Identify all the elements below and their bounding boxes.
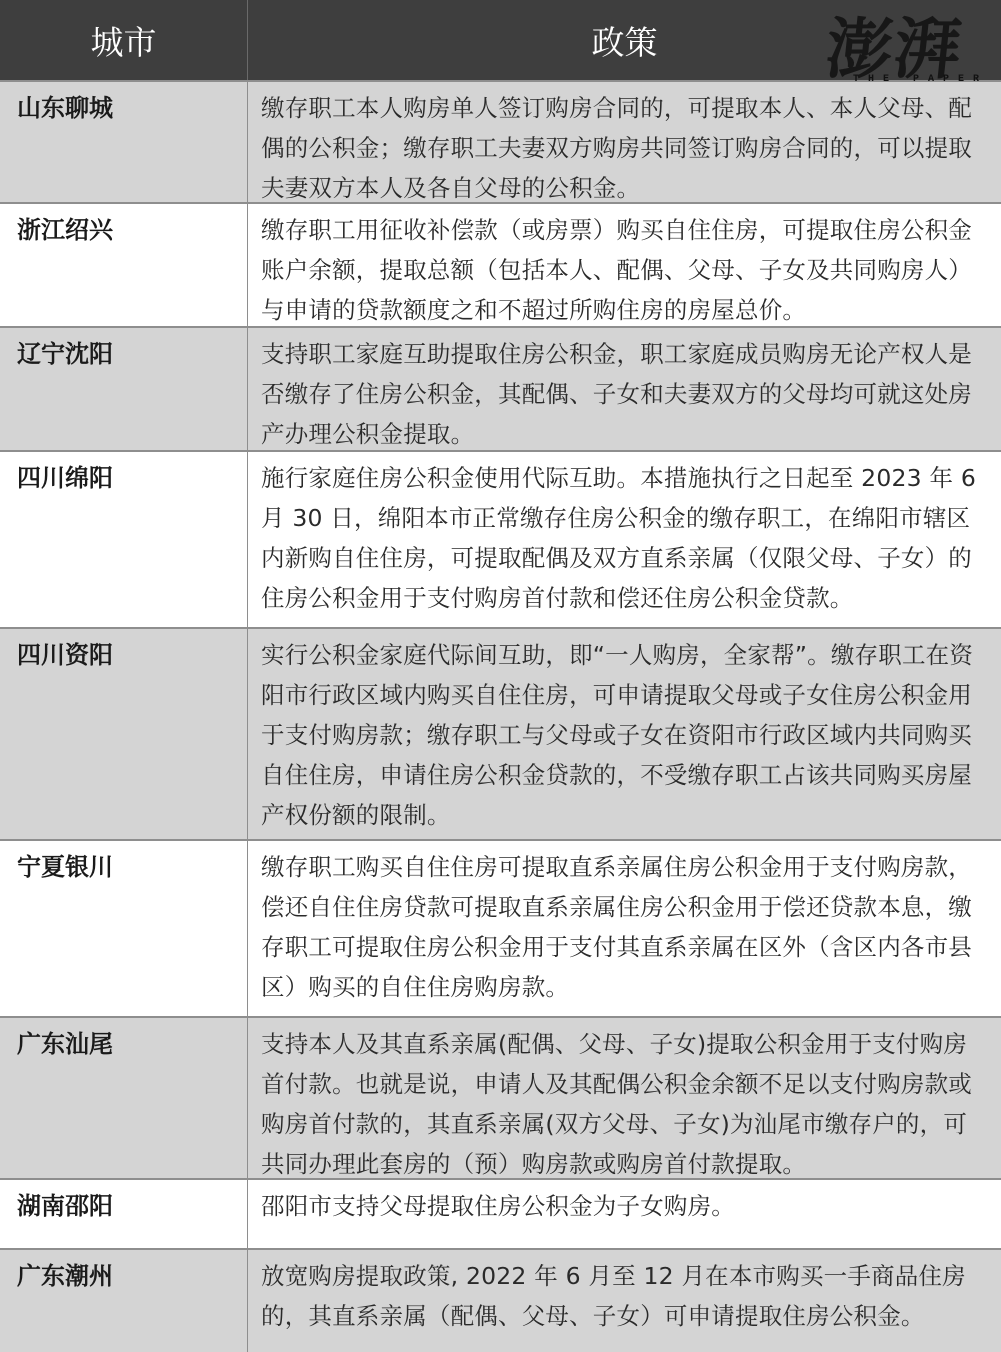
table-row: 四川资阳 实行公积金家庭代际间互助，即“一人购房，全家帮”。缴存职工在资阳市行政… [0, 627, 1001, 839]
city-cell: 辽宁沈阳 [0, 328, 248, 450]
city-cell: 浙江绍兴 [0, 204, 248, 326]
city-cell: 广东汕尾 [0, 1018, 248, 1178]
table-header: 城市 政策 [0, 0, 1001, 80]
table-row: 湖南邵阳 邵阳市支持父母提取住房公积金为子女购房。 [0, 1178, 1001, 1248]
table-row: 四川绵阳 施行家庭住房公积金使用代际互助。本措施执行之日起至 2023 年 6 … [0, 450, 1001, 627]
table-row: 辽宁沈阳 支持职工家庭互助提取住房公积金，职工家庭成员购房无论产权人是否缴存了住… [0, 326, 1001, 450]
policy-cell: 实行公积金家庭代际间互助，即“一人购房，全家帮”。缴存职工在资阳市行政区域内购买… [248, 629, 1001, 839]
header-policy: 政策 [248, 0, 1001, 80]
policy-cell: 支持本人及其直系亲属(配偶、父母、子女)提取公积金用于支付购房首付款。也就是说，… [248, 1018, 1001, 1178]
policy-table: 城市 政策 山东聊城 缴存职工本人购房单人签订购房合同的，可提取本人、本人父母、… [0, 0, 1001, 1352]
policy-cell: 放宽购房提取政策, 2022 年 6 月至 12 月在本市购买一手商品住房的，其… [248, 1250, 1001, 1352]
table-row: 山东聊城 缴存职工本人购房单人签订购房合同的，可提取本人、本人父母、配偶的公积金… [0, 80, 1001, 202]
table-row: 浙江绍兴 缴存职工用征收补偿款（或房票）购买自住住房，可提取住房公积金账户余额，… [0, 202, 1001, 326]
policy-cell: 支持职工家庭互助提取住房公积金，职工家庭成员购房无论产权人是否缴存了住房公积金，… [248, 328, 1001, 450]
city-cell: 广东潮州 [0, 1250, 248, 1352]
policy-cell: 施行家庭住房公积金使用代际互助。本措施执行之日起至 2023 年 6 月 30 … [248, 452, 1001, 627]
city-cell: 湖南邵阳 [0, 1180, 248, 1248]
table-row: 宁夏银川 缴存职工购买自住住房可提取直系亲属住房公积金用于支付购房款，偿还自住住… [0, 839, 1001, 1016]
policy-cell: 缴存职工购买自住住房可提取直系亲属住房公积金用于支付购房款，偿还自住住房贷款可提… [248, 841, 1001, 1016]
city-cell: 山东聊城 [0, 82, 248, 202]
policy-cell: 缴存职工用征收补偿款（或房票）购买自住住房，可提取住房公积金账户余额，提取总额（… [248, 204, 1001, 326]
city-cell: 四川资阳 [0, 629, 248, 839]
city-cell: 宁夏银川 [0, 841, 248, 1016]
policy-cell: 邵阳市支持父母提取住房公积金为子女购房。 [248, 1180, 1001, 1248]
table-row: 广东汕尾 支持本人及其直系亲属(配偶、父母、子女)提取公积金用于支付购房首付款。… [0, 1016, 1001, 1178]
city-cell: 四川绵阳 [0, 452, 248, 627]
table-row: 广东潮州 放宽购房提取政策, 2022 年 6 月至 12 月在本市购买一手商品… [0, 1248, 1001, 1352]
header-city: 城市 [0, 0, 248, 80]
policy-cell: 缴存职工本人购房单人签订购房合同的，可提取本人、本人父母、配偶的公积金；缴存职工… [248, 82, 1001, 202]
